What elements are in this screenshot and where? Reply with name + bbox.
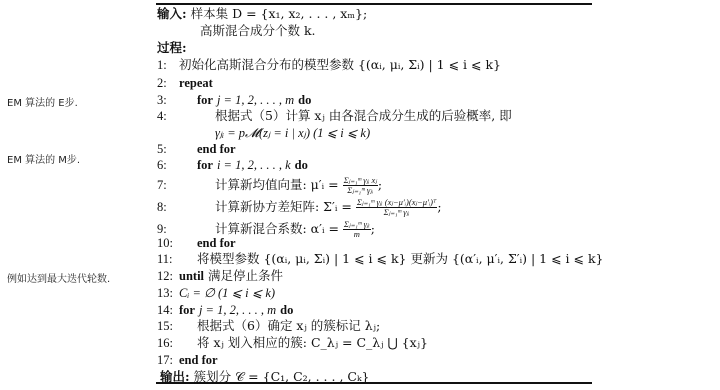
input-samples: 样本集 D = {x₁, x₂, . . . , xₘ}; — [191, 6, 368, 21]
line-number: 5: — [157, 141, 179, 157]
line-text: 计算新协方差矩阵: Σ′ᵢ = — [215, 199, 352, 214]
top-rule — [156, 3, 592, 5]
line-number: 7: — [157, 177, 179, 193]
line-text: γⱼᵢ = p𝓜(zⱼ = i | xⱼ) (1 ⩽ i ⩽ k) — [215, 126, 370, 140]
line-2: 2:repeat — [157, 75, 213, 91]
line-number: 13: — [157, 285, 179, 301]
line-number: 1: — [157, 57, 179, 73]
line-number: 3: — [157, 92, 179, 108]
line-number: 8: — [157, 199, 179, 215]
keyword: end for — [179, 353, 218, 367]
fraction: Σⱼ₌₁ᵐ γⱼᵢ (xⱼ−μ′ᵢ)(xⱼ−μ′ᵢ)ᵀΣⱼ₌₁ᵐ γⱼᵢ — [356, 198, 438, 217]
line-15: 15:根据式（6）确定 xⱼ 的簇标记 λⱼ; — [157, 318, 380, 334]
line-number: 4: — [157, 108, 179, 124]
line-13: 13:Cᵢ = ∅ (1 ⩽ i ⩽ k) — [157, 285, 275, 301]
line-number: 10: — [157, 235, 179, 251]
keyword: until — [179, 269, 204, 283]
input-k: 高斯混合成分个数 k. — [200, 23, 316, 38]
line-number: 17: — [157, 352, 179, 368]
line-8: 8:计算新协方差矩阵: Σ′ᵢ = Σⱼ₌₁ᵐ γⱼᵢ (xⱼ−μ′ᵢ)(xⱼ−… — [157, 198, 442, 217]
line-text: 计算新均值向量: μ′ᵢ = — [215, 177, 339, 192]
keyword: for — [179, 303, 195, 317]
line-text: 根据式（5）计算 xⱼ 由各混合成分生成的后验概率, 即 — [215, 108, 512, 123]
line-17: 17:end for — [157, 352, 218, 368]
line-number: 16: — [157, 335, 179, 351]
line-11: 11:将模型参数 {(αᵢ, μᵢ, Σᵢ) | 1 ⩽ i ⩽ k} 更新为 … — [157, 251, 603, 267]
keyword: for — [197, 93, 213, 107]
line-6: 6:for i = 1, 2, . . . , k do — [157, 157, 308, 173]
line-text: j = 1, 2, . . . , m — [199, 303, 276, 317]
line-text: 根据式（6）确定 xⱼ 的簇标记 λⱼ; — [197, 318, 380, 333]
input-label: 输入: — [157, 6, 187, 21]
line-text: j = 1, 2, . . . , m — [217, 93, 294, 107]
line-text: 将模型参数 {(αᵢ, μᵢ, Σᵢ) | 1 ⩽ i ⩽ k} 更新为 {(α… — [197, 251, 603, 266]
line-number: 15: — [157, 318, 179, 334]
line-text: 满足停止条件 — [208, 268, 283, 283]
algorithm-input-k: 高斯混合成分个数 k. — [200, 23, 316, 39]
keyword: repeat — [179, 76, 213, 90]
line-text: Cᵢ = ∅ (1 ⩽ i ⩽ k) — [179, 286, 275, 300]
line-number: 2: — [157, 75, 179, 91]
margin-note-stop: 例如达到最大迭代轮数. — [7, 270, 110, 285]
line-10: 10:end for — [157, 235, 236, 251]
line-text: 初始化高斯混合分布的模型参数 {(αᵢ, μᵢ, Σᵢ) | 1 ⩽ i ⩽ k… — [179, 57, 501, 72]
line-number: 6: — [157, 157, 179, 173]
line-3: 3:for j = 1, 2, . . . , m do — [157, 92, 311, 108]
line-12: 12:until 满足停止条件 — [157, 268, 283, 284]
fraction: Σⱼ₌₁ᵐ γⱼᵢm — [343, 220, 371, 239]
line-number: 12: — [157, 268, 179, 284]
line-text: 将 xⱼ 划入相应的簇: C_λⱼ = C_λⱼ ⋃ {xⱼ} — [197, 335, 428, 350]
line-text: i = 1, 2, . . . , k — [217, 158, 291, 172]
margin-note-e-step: EM 算法的 E步. — [7, 94, 78, 109]
fraction: Σⱼ₌₁ᵐ γⱼᵢ xⱼΣⱼ₌₁ᵐ γⱼᵢ — [343, 176, 378, 195]
process-label: 过程: — [157, 40, 187, 56]
keyword: for — [197, 158, 213, 172]
line-text: 计算新混合系数: α′ᵢ = — [215, 221, 339, 236]
keyword: do — [298, 93, 311, 107]
margin-note-m-step: EM 算法的 M步. — [7, 151, 80, 166]
bottom-rule — [156, 382, 592, 384]
line-4: 4:根据式（5）计算 xⱼ 由各混合成分生成的后验概率, 即 — [157, 108, 512, 124]
line-4b: γⱼᵢ = p𝓜(zⱼ = i | xⱼ) (1 ⩽ i ⩽ k) — [215, 125, 370, 141]
line-7: 7:计算新均值向量: μ′ᵢ = Σⱼ₌₁ᵐ γⱼᵢ xⱼΣⱼ₌₁ᵐ γⱼᵢ; — [157, 176, 382, 195]
line-1: 1:初始化高斯混合分布的模型参数 {(αᵢ, μᵢ, Σᵢ) | 1 ⩽ i ⩽… — [157, 57, 501, 73]
line-5: 5:end for — [157, 141, 236, 157]
line-14: 14:for j = 1, 2, . . . , m do — [157, 302, 293, 318]
keyword: end for — [197, 236, 236, 250]
keyword: do — [280, 303, 293, 317]
keyword: do — [295, 158, 308, 172]
algorithm-input: 输入: 样本集 D = {x₁, x₂, . . . , xₘ}; — [157, 6, 367, 22]
line-number: 11: — [157, 251, 179, 267]
line-16: 16:将 xⱼ 划入相应的簇: C_λⱼ = C_λⱼ ⋃ {xⱼ} — [157, 335, 428, 351]
line-number: 14: — [157, 302, 179, 318]
keyword: end for — [197, 142, 236, 156]
